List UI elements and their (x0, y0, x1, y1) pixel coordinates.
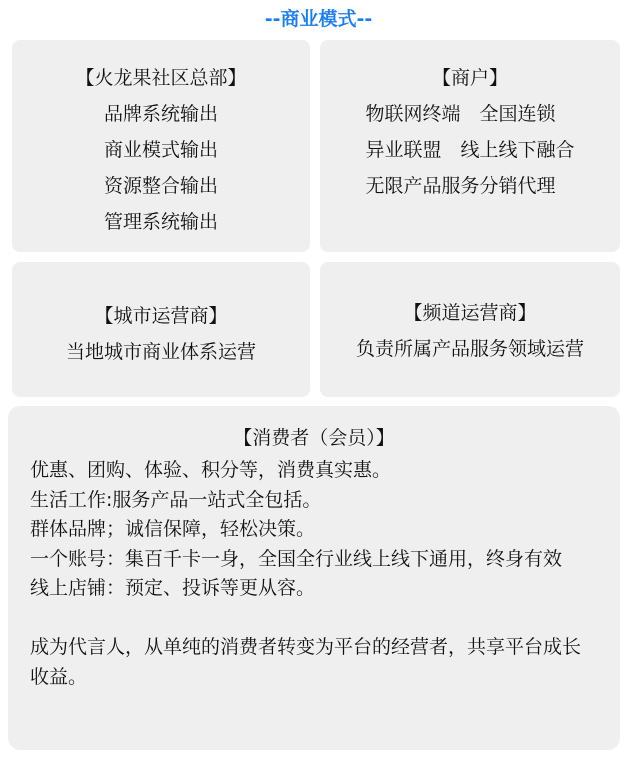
card-item: 无限产品服务分销代理 (365, 168, 574, 204)
card-merchant: 【商户】 物联网终端 全国连锁 异业联盟 线上线下融合 无限产品服务分销代理 (320, 40, 620, 252)
card-heading: 【城市运营商】 (94, 298, 227, 334)
card-city-operator: 【城市运营商】 当地城市商业体系运营 (12, 262, 310, 397)
consumer-line: 群体品牌；诚信保障，轻松决策。 (30, 515, 598, 545)
consumer-line: 线上店铺：预定、投诉等更从容。 (30, 574, 598, 604)
card-item: 异业联盟 线上线下融合 (365, 132, 574, 168)
card-consumer: 【消费者（会员）】 优惠、团购、体验、积分等，消费真实惠。 生活工作:服务产品一… (8, 406, 620, 750)
card-heading: 【频道运营商】 (403, 295, 536, 331)
page-title: --商业模式-- (0, 4, 637, 31)
consumer-line: 生活工作:服务产品一站式全包括。 (30, 486, 598, 516)
card-item: 物联网终端 全国连锁 (365, 96, 574, 132)
card-channel-operator: 【频道运营商】 负责所属产品服务领域运营 (320, 262, 620, 397)
card-items: 物联网终端 全国连锁 异业联盟 线上线下融合 无限产品服务分销代理 (365, 96, 574, 204)
card-headquarters: 【火龙果社区总部】 品牌系统输出 商业模式输出 资源整合输出 管理系统输出 (12, 40, 310, 252)
spacer (30, 604, 598, 634)
card-item: 管理系统输出 (104, 204, 218, 240)
consumer-line: 一个账号：集百千卡一身，全国全行业线上线下通用，终身有效 (30, 545, 598, 575)
consumer-closing: 成为代言人，从单纯的消费者转变为平台的经营者，共享平台成长收益。 (30, 633, 598, 692)
card-item: 商业模式输出 (104, 132, 218, 168)
card-heading: 【商户】 (432, 60, 508, 96)
card-item: 资源整合输出 (104, 168, 218, 204)
card-item: 负责所属产品服务领域运营 (356, 331, 584, 367)
card-item: 品牌系统输出 (104, 96, 218, 132)
card-item: 当地城市商业体系运营 (66, 334, 256, 370)
consumer-line: 优惠、团购、体验、积分等，消费真实惠。 (30, 456, 598, 486)
card-heading: 【消费者（会员）】 (30, 420, 598, 456)
card-heading: 【火龙果社区总部】 (75, 60, 246, 96)
